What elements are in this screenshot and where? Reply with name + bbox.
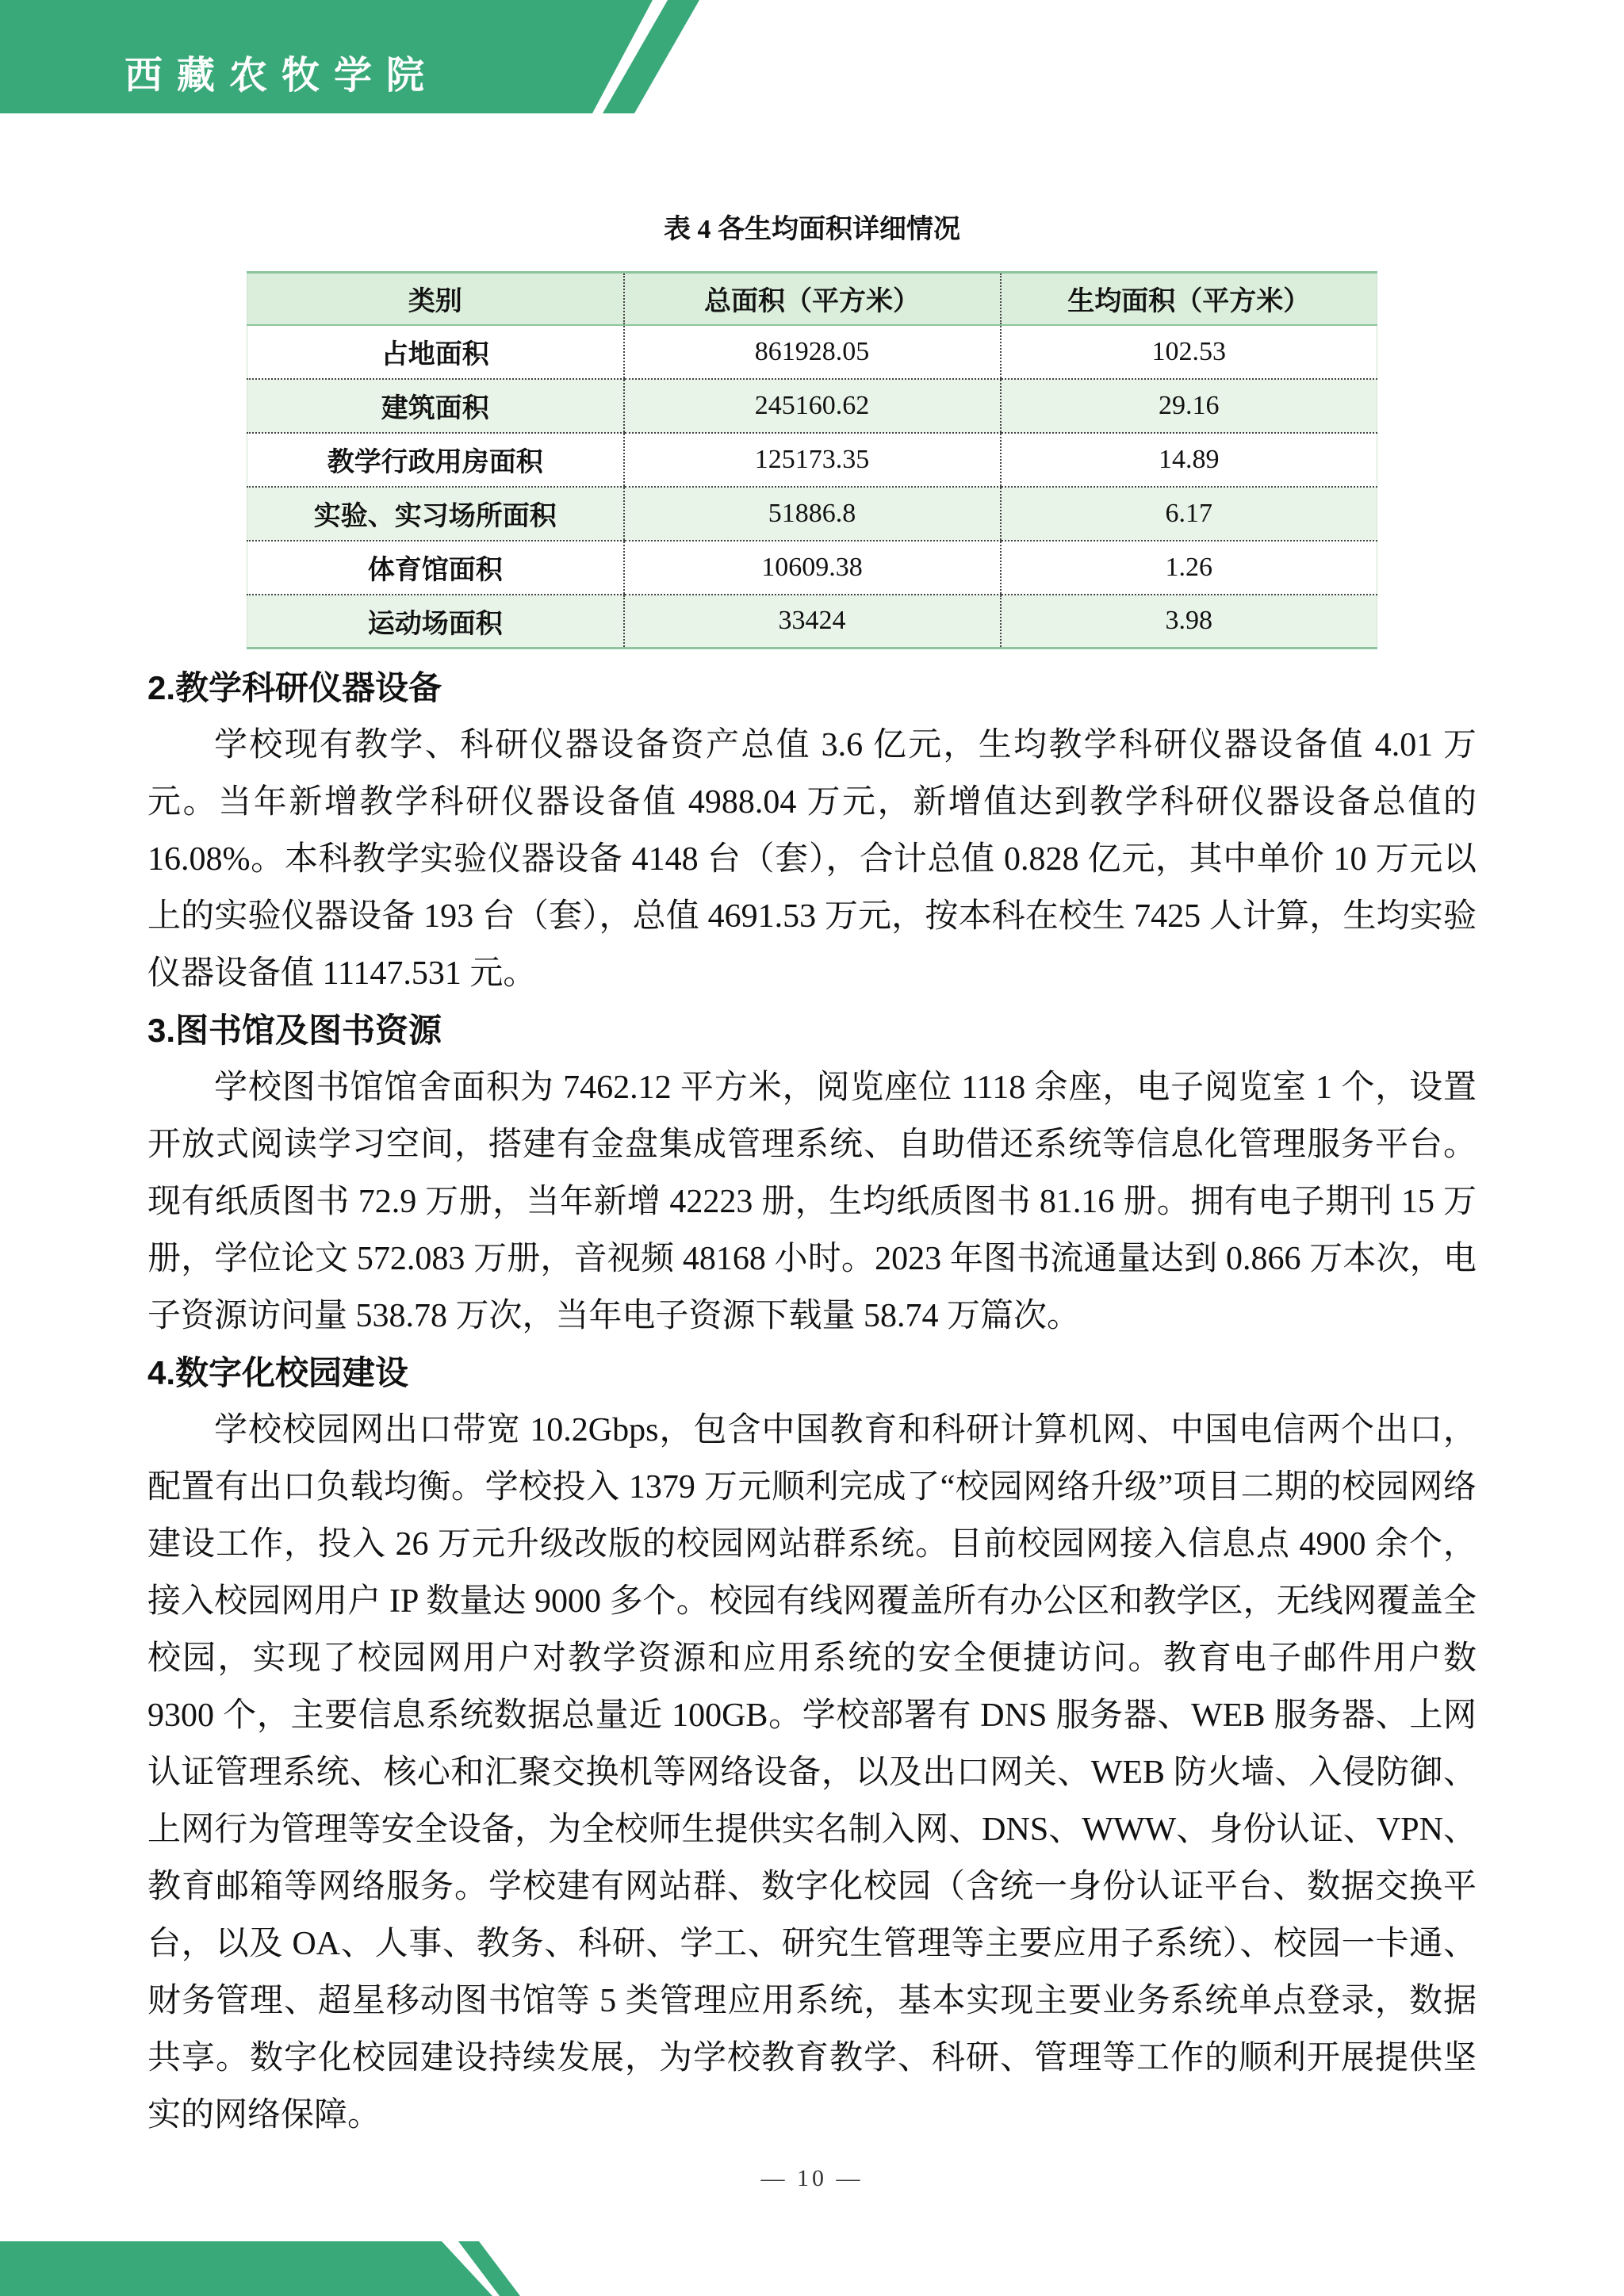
row-per-student-area: 1.26 xyxy=(1001,541,1377,595)
row-total-area: 245160.62 xyxy=(624,379,1001,433)
section-paragraph-library: 学校图书馆馆舍面积为 7462.12 平方米，阅览座位 1118 余座，电子阅览… xyxy=(147,1059,1477,1345)
table-header-row: 类别 总面积（平方米） 生均面积（平方米） xyxy=(247,273,1377,325)
row-category: 建筑面积 xyxy=(247,379,624,433)
area-table: 类别 总面积（平方米） 生均面积（平方米） 占地面积 861928.05 102… xyxy=(247,271,1377,649)
table-title: 表 4 各生均面积详细情况 xyxy=(147,0,1477,246)
row-category: 占地面积 xyxy=(247,325,624,379)
row-total-area: 51886.8 xyxy=(624,487,1001,541)
row-category: 实验、实习场所面积 xyxy=(247,487,624,541)
section-heading-equipment: 2.教学科研仪器设备 xyxy=(147,660,1477,717)
page-number: — 10 — xyxy=(147,2164,1477,2193)
row-total-area: 861928.05 xyxy=(624,325,1001,379)
table-row: 运动场面积 33424 3.98 xyxy=(247,595,1377,649)
section-heading-digital-campus: 4.数字化校园建设 xyxy=(147,1345,1477,1402)
row-total-area: 33424 xyxy=(624,595,1001,649)
page-content: 表 4 各生均面积详细情况 类别 总面积（平方米） 生均面积（平方米） 占地面积… xyxy=(147,0,1477,2193)
row-per-student-area: 3.98 xyxy=(1001,595,1377,649)
footer-banner xyxy=(0,2241,493,2296)
section-paragraph-digital-campus: 学校校园网出口带宽 10.2Gbps，包含中国教育和科研计算机网、中国电信两个出… xyxy=(147,1402,1477,2144)
table-row: 体育馆面积 10609.38 1.26 xyxy=(247,541,1377,595)
section-paragraph-equipment: 学校现有教学、科研仪器设备资产总值 3.6 亿元，生均教学科研仪器设备值 4.0… xyxy=(147,717,1477,1002)
column-header-category: 类别 xyxy=(247,273,624,325)
row-category: 运动场面积 xyxy=(247,595,624,649)
table-row: 教学行政用房面积 125173.35 14.89 xyxy=(247,433,1377,487)
table-row: 占地面积 861928.05 102.53 xyxy=(247,325,1377,379)
column-header-per-student-area: 生均面积（平方米） xyxy=(1001,273,1377,325)
row-per-student-area: 29.16 xyxy=(1001,379,1377,433)
row-category: 教学行政用房面积 xyxy=(247,433,624,487)
table-row: 实验、实习场所面积 51886.8 6.17 xyxy=(247,487,1377,541)
column-header-total-area: 总面积（平方米） xyxy=(624,273,1001,325)
table-row: 建筑面积 245160.62 29.16 xyxy=(247,379,1377,433)
section-heading-library: 3.图书馆及图书资源 xyxy=(147,1002,1477,1059)
row-total-area: 125173.35 xyxy=(624,433,1001,487)
row-per-student-area: 6.17 xyxy=(1001,487,1377,541)
row-total-area: 10609.38 xyxy=(624,541,1001,595)
row-category: 体育馆面积 xyxy=(247,541,624,595)
row-per-student-area: 102.53 xyxy=(1001,325,1377,379)
row-per-student-area: 14.89 xyxy=(1001,433,1377,487)
